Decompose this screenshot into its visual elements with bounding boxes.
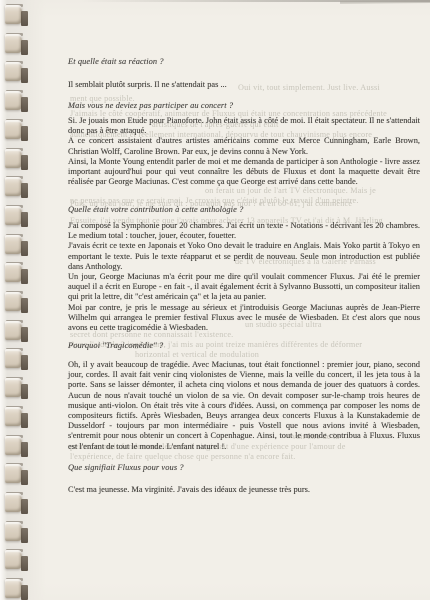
paragraph: J'avais écrit ce texte en Japonais et Yo… [68, 241, 420, 272]
interview-answer-1: Il semblait plutôt surpris. Il ne s'atte… [68, 80, 420, 90]
binding-comb-tooth [5, 262, 29, 284]
interview-question-2: Mais vous ne deviez pas participer au co… [68, 101, 420, 111]
interview-question-4: Pourquoi "Tragicomédie" ? [68, 341, 420, 351]
interview-answer-4: Oh, il y avait beaucoup de tragédie. Ave… [68, 360, 420, 452]
paragraph: Moi par contre, je pris le message au sé… [68, 303, 420, 334]
binding-comb-tooth [5, 4, 29, 26]
binding-comb-tooth [5, 463, 29, 485]
binding-comb-tooth [5, 234, 29, 256]
binding-comb-tooth [5, 348, 29, 370]
binding-comb-tooth [5, 291, 29, 313]
binding-comb-tooth [5, 320, 29, 342]
binding-comb-tooth [5, 90, 29, 112]
binding-comb-tooth [5, 406, 29, 428]
interview-answer-5: C'est ma jeunesse. Ma virginité. J'avais… [68, 485, 420, 495]
bleed-through-text: l'expérience, de faire quelque chose que… [70, 452, 296, 461]
paragraph: J'ai composé la Symphonie pour 20 chambr… [68, 221, 420, 241]
interview-question-3: Quelle était votre contribution à cette … [68, 205, 420, 215]
bleed-through-text: horizontal et vertical de modulation [135, 350, 259, 359]
paragraph: Il semblait plutôt surpris. Il ne s'atte… [68, 80, 420, 90]
paragraph: Oh, il y avait beaucoup de tragédie. Ave… [68, 360, 420, 452]
paragraph: Un jour, George Maciunas m'a écrit pour … [68, 272, 420, 303]
binding-comb-tooth [5, 119, 29, 141]
paragraph: Ainsi, la Monte Young entendit parler de… [68, 157, 420, 188]
paragraph: Si. Je jouais mon Etude pour Pianoforte.… [68, 116, 420, 136]
paragraph: C'est ma jeunesse. Ma virginité. J'avais… [68, 485, 420, 495]
binding-comb-tooth [5, 61, 29, 83]
interview-question-5: Que signifiait Fluxus pour vous ? [68, 463, 420, 473]
scan-edge-corner [340, 0, 430, 4]
binding-comb-tooth [5, 521, 29, 543]
binding-comb-tooth [5, 148, 29, 170]
binding-comb-tooth [5, 492, 29, 514]
binding-comb-tooth [5, 578, 29, 600]
interview-question-1: Et quelle était sa réaction ? [68, 57, 420, 67]
binding-comb-tooth [5, 377, 29, 399]
binding-comb-tooth [5, 33, 29, 55]
interview-answer-2: Si. Je jouais mon Etude pour Pianoforte.… [68, 116, 420, 187]
binding-comb-tooth [5, 549, 29, 571]
binding-comb-tooth [5, 435, 29, 457]
paragraph: A ce concert assistaient d'autres artist… [68, 136, 420, 156]
binding-comb-tooth [5, 205, 29, 227]
interview-answer-3: J'ai composé la Symphonie pour 20 chambr… [68, 221, 420, 333]
binding-comb-tooth [5, 176, 29, 198]
scanned-page: Oui vit, tout simplement. Just live. Aus… [0, 0, 430, 600]
